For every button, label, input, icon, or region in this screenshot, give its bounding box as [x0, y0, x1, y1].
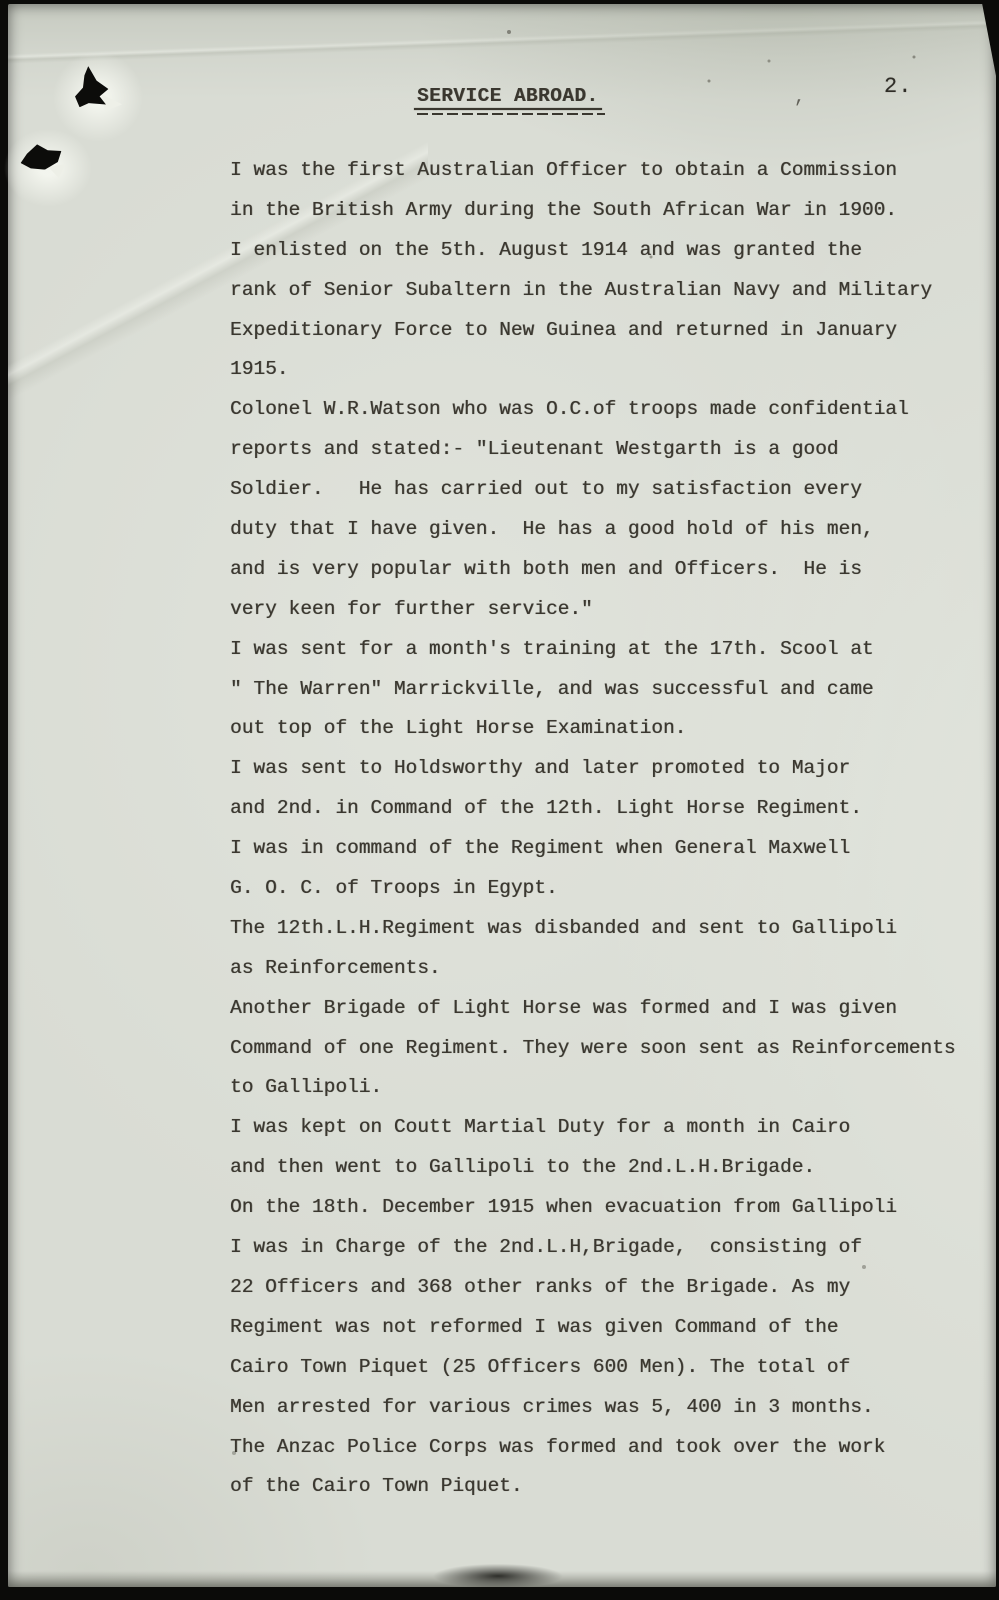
- text-line: reports and stated:- "Lieutenant Westgar…: [230, 430, 990, 470]
- paper-sheet: SERVICE ABROAD. 2. , I was the first Aus…: [8, 4, 996, 1587]
- text-line: I was the first Australian Officer to ob…: [230, 151, 990, 191]
- text-line: I was sent for a month's training at the…: [230, 630, 990, 670]
- text-line: Regiment was not reformed I was given Co…: [230, 1308, 990, 1348]
- text-line: The 12th.L.H.Regiment was disbanded and …: [230, 909, 990, 949]
- text-line: 1915.: [230, 350, 990, 390]
- text-line: G. O. C. of Troops in Egypt.: [230, 869, 990, 909]
- text-line: and then went to Gallipoli to the 2nd.L.…: [230, 1148, 990, 1188]
- text-line: rank of Senior Subaltern in the Australi…: [230, 271, 990, 311]
- stray-comma-mark: ,: [794, 86, 805, 108]
- clipped-corner: [977, 3, 997, 81]
- text-line: duty that I have given. He has a good ho…: [230, 510, 990, 550]
- text-line: I enlisted on the 5th. August 1914 and w…: [230, 231, 990, 271]
- text-line: " The Warren" Marrickville, and was succ…: [230, 670, 990, 710]
- text-line: of the Cairo Town Piquet.: [230, 1467, 990, 1507]
- bottom-smudge: [408, 1559, 588, 1593]
- text-line: I was in command of the Regiment when Ge…: [230, 829, 990, 869]
- text-line: Colonel W.R.Watson who was O.C.of troops…: [230, 390, 990, 430]
- text-line: The Anzac Police Corps was formed and to…: [230, 1428, 990, 1468]
- text-line: to Gallipoli.: [230, 1068, 990, 1108]
- body-text: I was the first Australian Officer to ob…: [230, 151, 990, 1507]
- text-line: and is very popular with both men and Of…: [230, 550, 990, 590]
- title-text: SERVICE ABROAD.: [417, 85, 609, 107]
- text-line: I was kept on Coutt Martial Duty for a m…: [230, 1108, 990, 1148]
- title-underline-solid: [414, 108, 602, 110]
- torn-hole-halo: [4, 129, 92, 207]
- text-line: Command of one Regiment. They were soon …: [230, 1029, 990, 1069]
- text-line: Soldier. He has carried out to my satisf…: [230, 470, 990, 510]
- title-underline-dashed: [417, 113, 605, 115]
- text-line: as Reinforcements.: [230, 949, 990, 989]
- text-line: very keen for further service.": [230, 590, 990, 630]
- text-line: Men arrested for various crimes was 5, 4…: [230, 1388, 990, 1428]
- text-line: and 2nd. in Command of the 12th. Light H…: [230, 789, 990, 829]
- text-line: 22 Officers and 368 other ranks of the B…: [230, 1268, 990, 1308]
- scanned-page: SERVICE ABROAD. 2. , I was the first Aus…: [0, 0, 999, 1600]
- text-line: I was sent to Holdsworthy and later prom…: [230, 749, 990, 789]
- document-title: SERVICE ABROAD.: [417, 85, 609, 107]
- text-line: Cairo Town Piquet (25 Officers 600 Men).…: [230, 1348, 990, 1388]
- text-line: Expeditionary Force to New Guinea and re…: [230, 311, 990, 351]
- text-line: Another Brigade of Light Horse was forme…: [230, 989, 990, 1029]
- text-line: out top of the Light Horse Examination.: [230, 709, 990, 749]
- text-line: I was in Charge of the 2nd.L.H,Brigade, …: [230, 1228, 990, 1268]
- text-line: in the British Army during the South Afr…: [230, 191, 990, 231]
- page-number: 2.: [884, 74, 912, 99]
- text-line: On the 18th. December 1915 when evacuati…: [230, 1188, 990, 1228]
- dust-speckles: [8, 4, 10, 6]
